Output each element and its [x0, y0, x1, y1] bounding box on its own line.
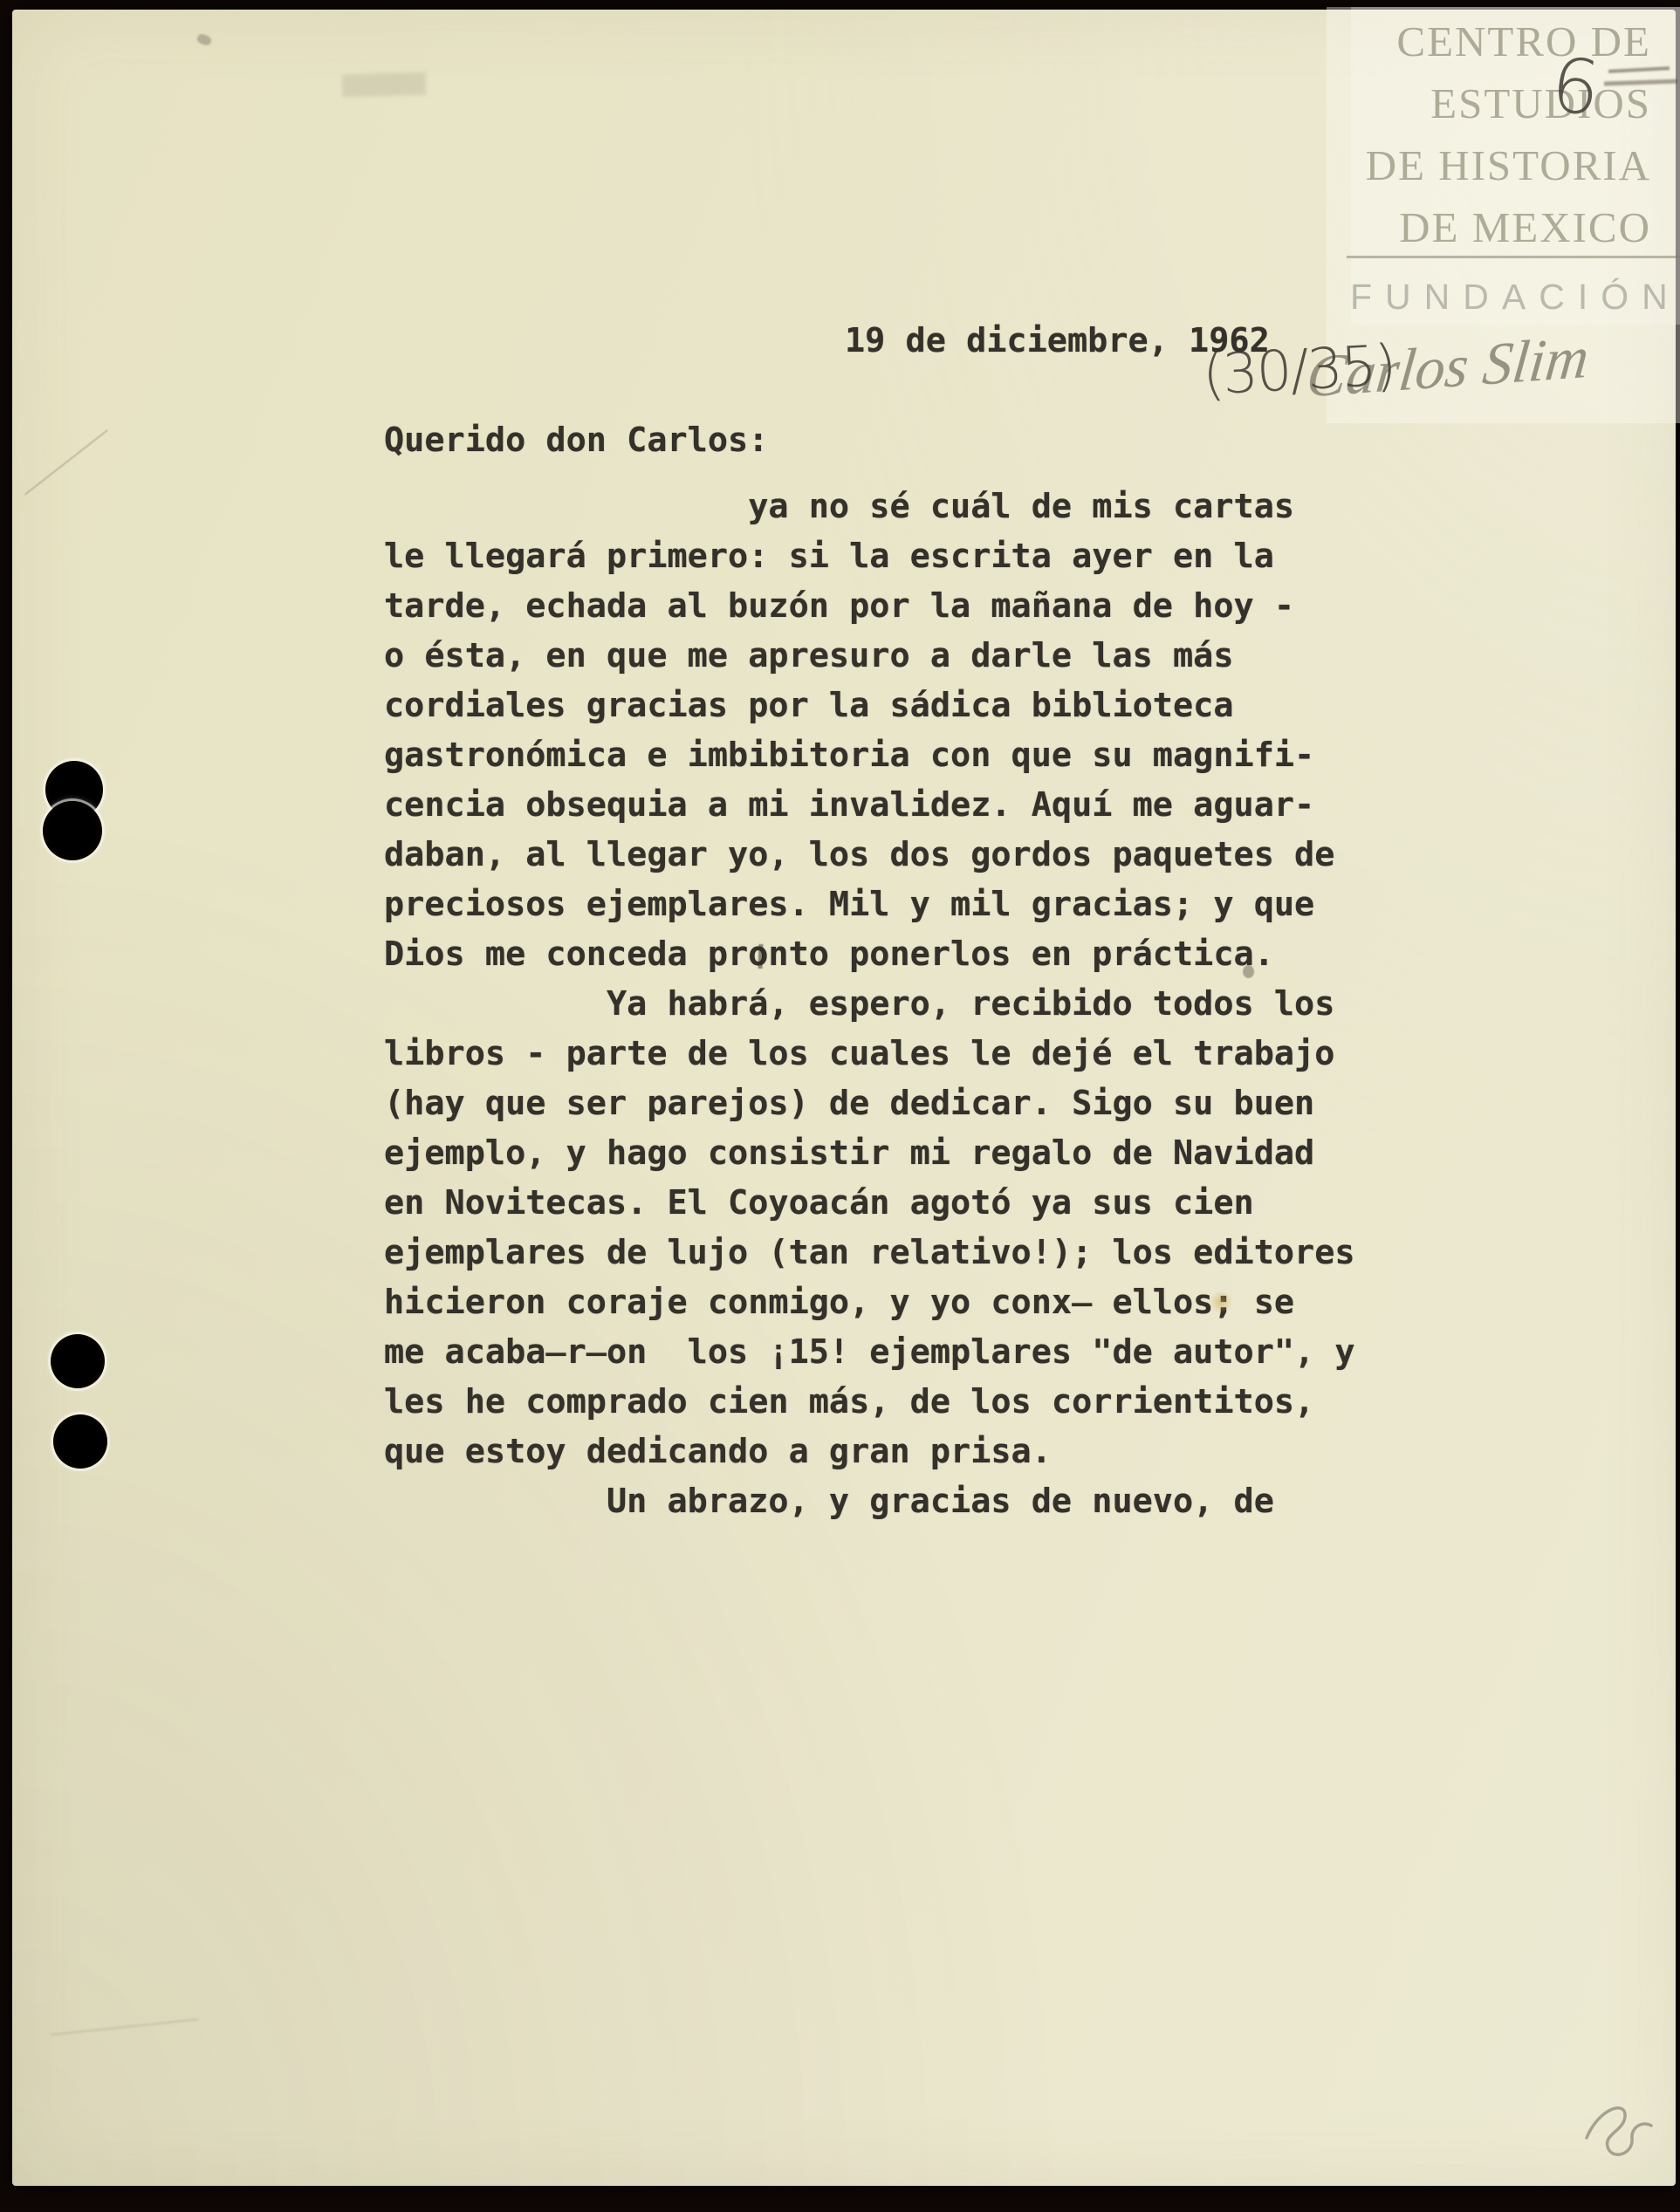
letter-line: que estoy dedicando a gran prisa.	[384, 1427, 1355, 1476]
letter-line: Un abrazo, y gracias de nuevo, de	[384, 1476, 1355, 1526]
letter-line: le llegará primero: si la escrita ayer e…	[384, 531, 1355, 581]
letter-line: preciosos ejemplares. Mil y mil gracias;…	[384, 880, 1355, 929]
watermark-foundation-label: FUNDACIÓN	[1350, 277, 1680, 318]
letter-line: en Novitecas. El Coyoacán agotó ya sus c…	[384, 1178, 1355, 1228]
letter-line: Dios me conceda pronto ponerlos en práct…	[384, 929, 1355, 979]
watermark-line: DE HISTORIA	[1309, 134, 1651, 196]
scanned-letter-page: CENTRO DEESTUDIOSDE HISTORIADE MEXICO FU…	[0, 0, 1680, 2212]
letter-body: ya no sé cuál de mis cartasle llegará pr…	[384, 482, 1355, 1526]
letter-line: (hay que ser parejos) de dedicar. Sigo s…	[384, 1079, 1355, 1128]
letter-line: me acaba̶r̶on los ¡15! ejemplares "de au…	[384, 1327, 1355, 1377]
letter-line: cordiales gracias por la sádica bibliote…	[384, 681, 1355, 730]
letter-line: les he comprado cien más, de los corrien…	[384, 1377, 1355, 1427]
letter-line: cencia obsequia a mi invalidez. Aquí me …	[384, 780, 1355, 830]
letter-line: ya no sé cuál de mis cartas	[384, 482, 1355, 531]
letter-line: hicieron coraje conmigo, y yo conx̶ ello…	[384, 1277, 1355, 1327]
punch-hole	[43, 801, 102, 860]
letter-line: Ya habrá, espero, recibido todos los	[384, 979, 1355, 1029]
watermark-line: DE MEXICO	[1309, 196, 1651, 258]
letter-line: tarde, echada al buzón por la mañana de …	[384, 581, 1355, 631]
letter-line: libros - parte de los cuales le dejé el …	[384, 1029, 1355, 1079]
letter-line: gastronómica e imbibitoria con que su ma…	[384, 730, 1355, 780]
letter-line: ejemplares de lujo (tan relativo!); los …	[384, 1228, 1355, 1277]
letter-line: daban, al llegar yo, los dos gordos paqu…	[384, 830, 1355, 880]
letter-date: 19 de diciembre, 1962	[845, 316, 1270, 366]
watermark-divider	[1347, 256, 1680, 258]
punch-hole	[51, 1334, 105, 1388]
punch-hole	[53, 1414, 107, 1469]
letter-line: o ésta, en que me apresuro a darle las m…	[384, 631, 1355, 681]
letter-line: ejemplo, y hago consistir mi regalo de N…	[384, 1128, 1355, 1178]
letter-salutation: Querido don Carlos:	[384, 415, 768, 465]
